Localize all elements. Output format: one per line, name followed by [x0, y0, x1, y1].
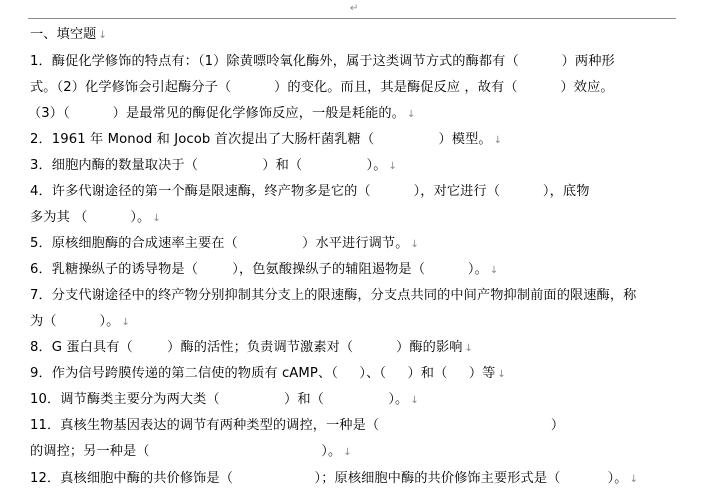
paragraph-return-mark: ↵: [350, 3, 358, 14]
question-8: 8．G 蛋白具有（ ）酶的活性；负责调节激素对（ ）酶的影响↓: [30, 340, 473, 357]
paragraph-mark-icon: ↓: [98, 30, 106, 41]
question-7-line-2: 为（ ）。↓: [30, 314, 130, 331]
question-1-line-3: （3）（ ）是最常见的酶促化学修饰反应，一般是耗能的。↓: [28, 106, 415, 123]
paragraph-mark-icon: ↓: [410, 395, 418, 406]
question-11-line-2: 的调控；另一种是（ ）。↓: [30, 444, 352, 461]
section-title: 一、填空题↓: [30, 27, 107, 44]
paragraph-mark-icon: ↓: [465, 343, 473, 354]
paragraph-mark-icon: ↓: [494, 135, 502, 146]
question-2: 2．1961 年 Monod 和 Jocob 首次提出了大肠杆菌乳糖（ ）模型。…: [30, 132, 502, 149]
paragraph-mark-icon: ↓: [490, 265, 498, 276]
document-page: ↵ 一、填空题↓ 1．酶促化学修饰的特点有：（1）除黄嘌呤氧化酶外，属于这类调节…: [0, 0, 721, 496]
paragraph-mark-icon: ↓: [152, 213, 160, 224]
question-4-line-2: 多为其 （ ）。↓: [30, 210, 161, 227]
paragraph-mark-icon: ↓: [410, 239, 418, 250]
header-divider: [28, 18, 676, 19]
question-10: 10．调节酶类主要分为两大类（ ）和（ ）。↓: [30, 392, 419, 409]
question-1-line-2: 式。（2）化学修饰会引起酶分子（ ）的变化。而且，其是酶促反应 ，故有（ ）效应…: [30, 80, 614, 96]
paragraph-mark-icon: ↓: [121, 317, 129, 328]
paragraph-mark-icon: ↓: [630, 474, 638, 485]
paragraph-mark-icon: ↓: [407, 109, 415, 120]
question-6: 6．乳糖操纵子的诱导物是（ ），色氨酸操纵子的辅阻遏物是（ ）。↓: [30, 262, 498, 279]
question-1-line-1: 1．酶促化学修饰的特点有：（1）除黄嘌呤氧化酶外，属于这类调节方式的酶都有（ ）…: [30, 54, 615, 70]
question-3: 3．细胞内酶的数量取决于（ ）和（ ）。↓: [30, 158, 397, 175]
question-11-line-1: 11．真核生物基因表达的调节有两种类型的调控，一种是（ ）: [30, 418, 564, 434]
paragraph-mark-icon: ↓: [343, 447, 351, 458]
paragraph-mark-icon: ↓: [497, 369, 505, 380]
paragraph-mark-icon: ↓: [389, 161, 397, 172]
question-4-line-1: 4．许多代谢途径的第一个酶是限速酶，终产物多是它的（ ），对它进行（ ），底物: [30, 184, 589, 200]
question-9: 9．作为信号跨膜传递的第二信使的物质有 cAMP、（ ）、（ ）和（ ）等↓: [30, 366, 506, 383]
question-5: 5．原核细胞酶的合成速率主要在（ ）水平进行调节。↓: [30, 236, 419, 253]
question-12: 12．真核细胞中酶的共价修饰是（ ）；原核细胞中酶的共价修饰主要形式是（ ）。↓: [30, 471, 638, 488]
question-7-line-1: 7．分支代谢途径中的终产物分别抑制其分支上的限速酶，分支点共同的中间产物抑制前面…: [30, 288, 636, 304]
